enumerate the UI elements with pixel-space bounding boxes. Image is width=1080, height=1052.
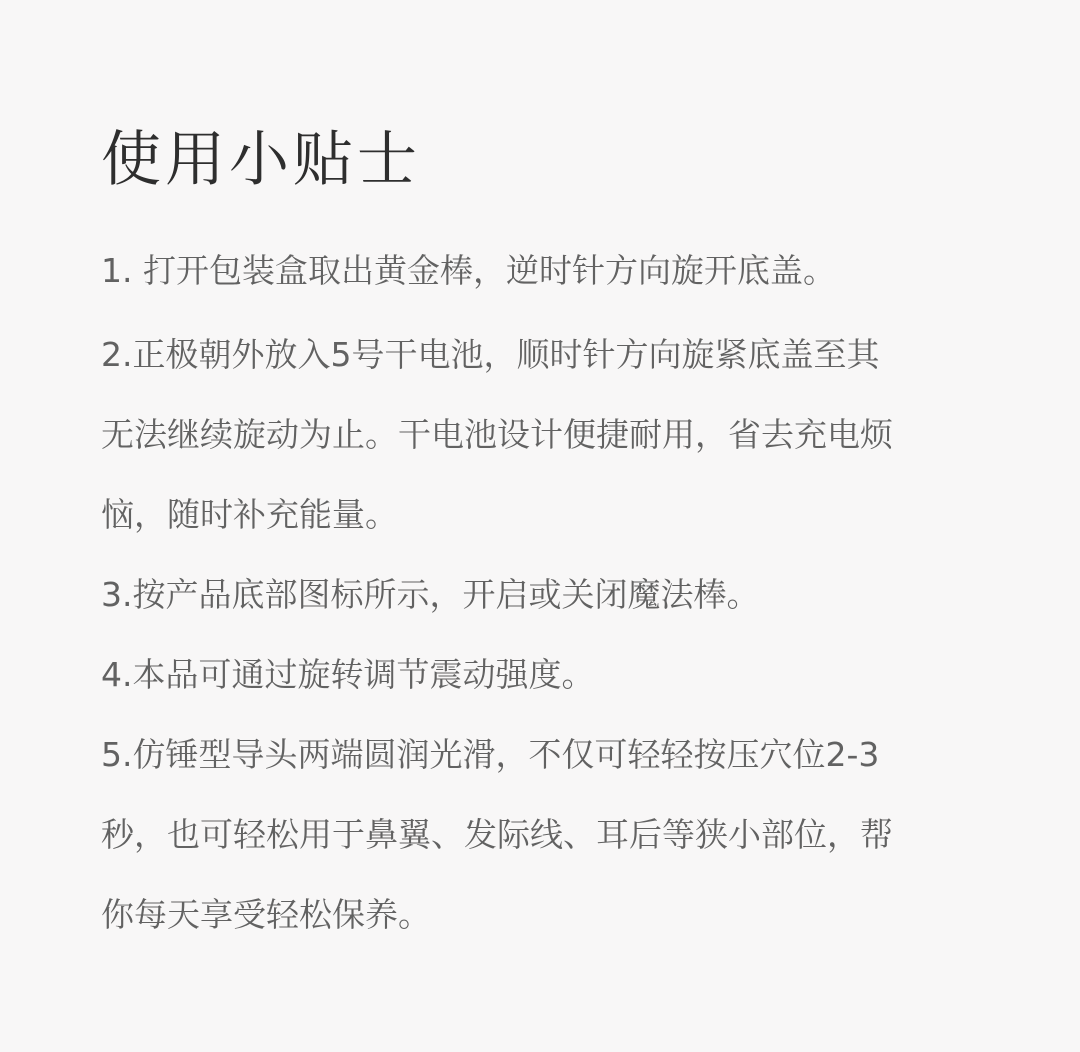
tip-line: 恼，随时补充能量。	[101, 493, 398, 537]
tip-line: 1. 打开包装盒取出黄金棒，逆时针方向旋开底盖。	[101, 249, 836, 293]
tip-line: 2.正极朝外放入5号干电池，顺时针方向旋紧底盖至其	[101, 333, 879, 377]
tip-line: 你每天享受轻松保养。	[101, 893, 431, 937]
tip-line: 4.本品可通过旋转调节震动强度。	[101, 653, 595, 697]
tip-line: 无法继续旋动为止。干电池设计便捷耐用，省去充电烦	[101, 413, 893, 457]
tip-line: 秒，也可轻松用于鼻翼、发际线、耳后等狭小部位，帮	[101, 813, 893, 857]
tip-line: 5.仿锤型导头两端圆润光滑，不仅可轻轻按压穴位2-3	[101, 733, 879, 777]
page-title: 使用小贴士	[101, 124, 421, 196]
tip-line: 3.按产品底部图标所示，开启或关闭魔法棒。	[101, 573, 760, 617]
